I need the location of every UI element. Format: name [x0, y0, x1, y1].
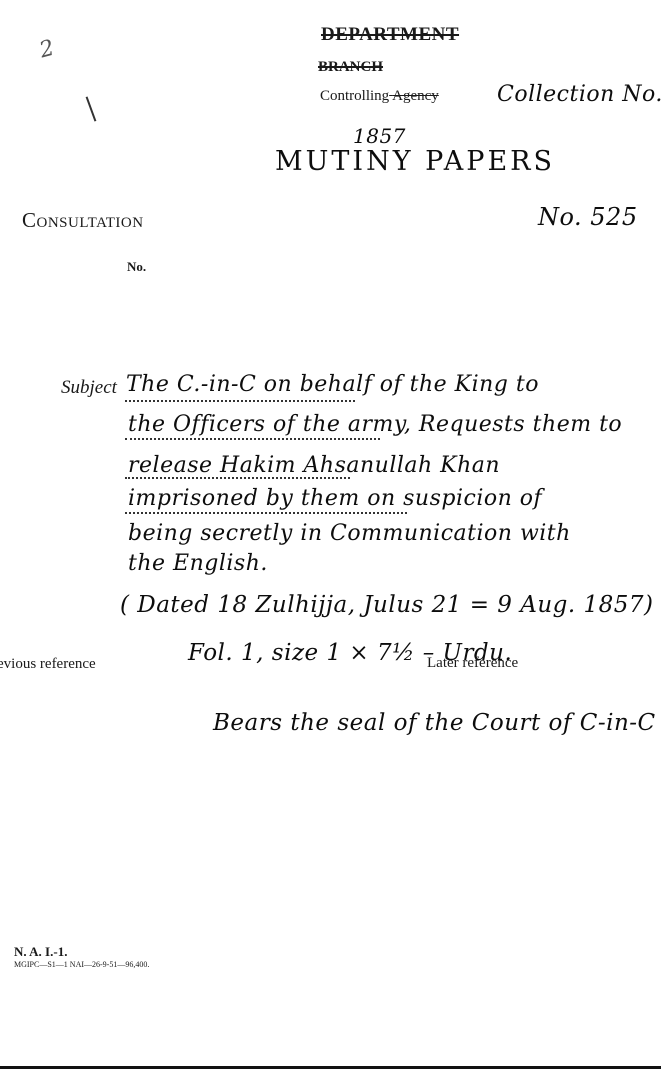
subject-line: the Officers of the army, Requests them … [128, 412, 622, 437]
department-label: DEPARTMENT [321, 24, 459, 46]
collection-number-handwritten: Collection No. 60 [497, 82, 661, 107]
controlling-text: Controlling [320, 88, 389, 104]
form-id: N. A. I.-1. [14, 944, 67, 960]
dated-note-handwritten: ( Dated 18 Zulhijja, Julus 21 = 9 Aug. 1… [120, 592, 654, 618]
dotted-rule [125, 512, 407, 514]
collection-title-handwritten: MUTINY PAPERS [275, 146, 555, 177]
controlling-agency-label: Controlling Agency [320, 88, 439, 105]
subject-label: Subject [61, 377, 117, 399]
margin-mark-stroke [86, 96, 97, 121]
seal-note-handwritten: Bears the seal of the Court of C-in-C [213, 710, 656, 736]
dotted-rule [125, 400, 355, 402]
print-info: MGIPC—S1—1 NAI—26-9-51—96,400. [14, 960, 149, 969]
year-handwritten: 1857 [353, 124, 406, 148]
subject-line: imprisoned by them on suspicion of [128, 486, 542, 511]
subject-line: the English. [128, 551, 268, 576]
subject-line: being secretly in Communication with [128, 521, 571, 546]
dotted-rule [125, 477, 350, 479]
margin-mark-number: 2 [37, 36, 57, 64]
subject-line: release Hakim Ahsanullah Khan [128, 453, 500, 478]
no-label: No. [127, 259, 146, 275]
agency-text-struck: Agency [389, 88, 439, 104]
later-reference-label: Later reference [427, 655, 518, 672]
previous-reference-label: evious reference [0, 656, 96, 673]
consultation-number-handwritten: No. 525 [538, 203, 638, 231]
branch-label: BRANCH [318, 59, 383, 76]
consultation-label: Consultation [22, 208, 144, 233]
dotted-rule [125, 438, 380, 440]
subject-line: The C.-in-C on behalf of the King to [126, 372, 539, 397]
